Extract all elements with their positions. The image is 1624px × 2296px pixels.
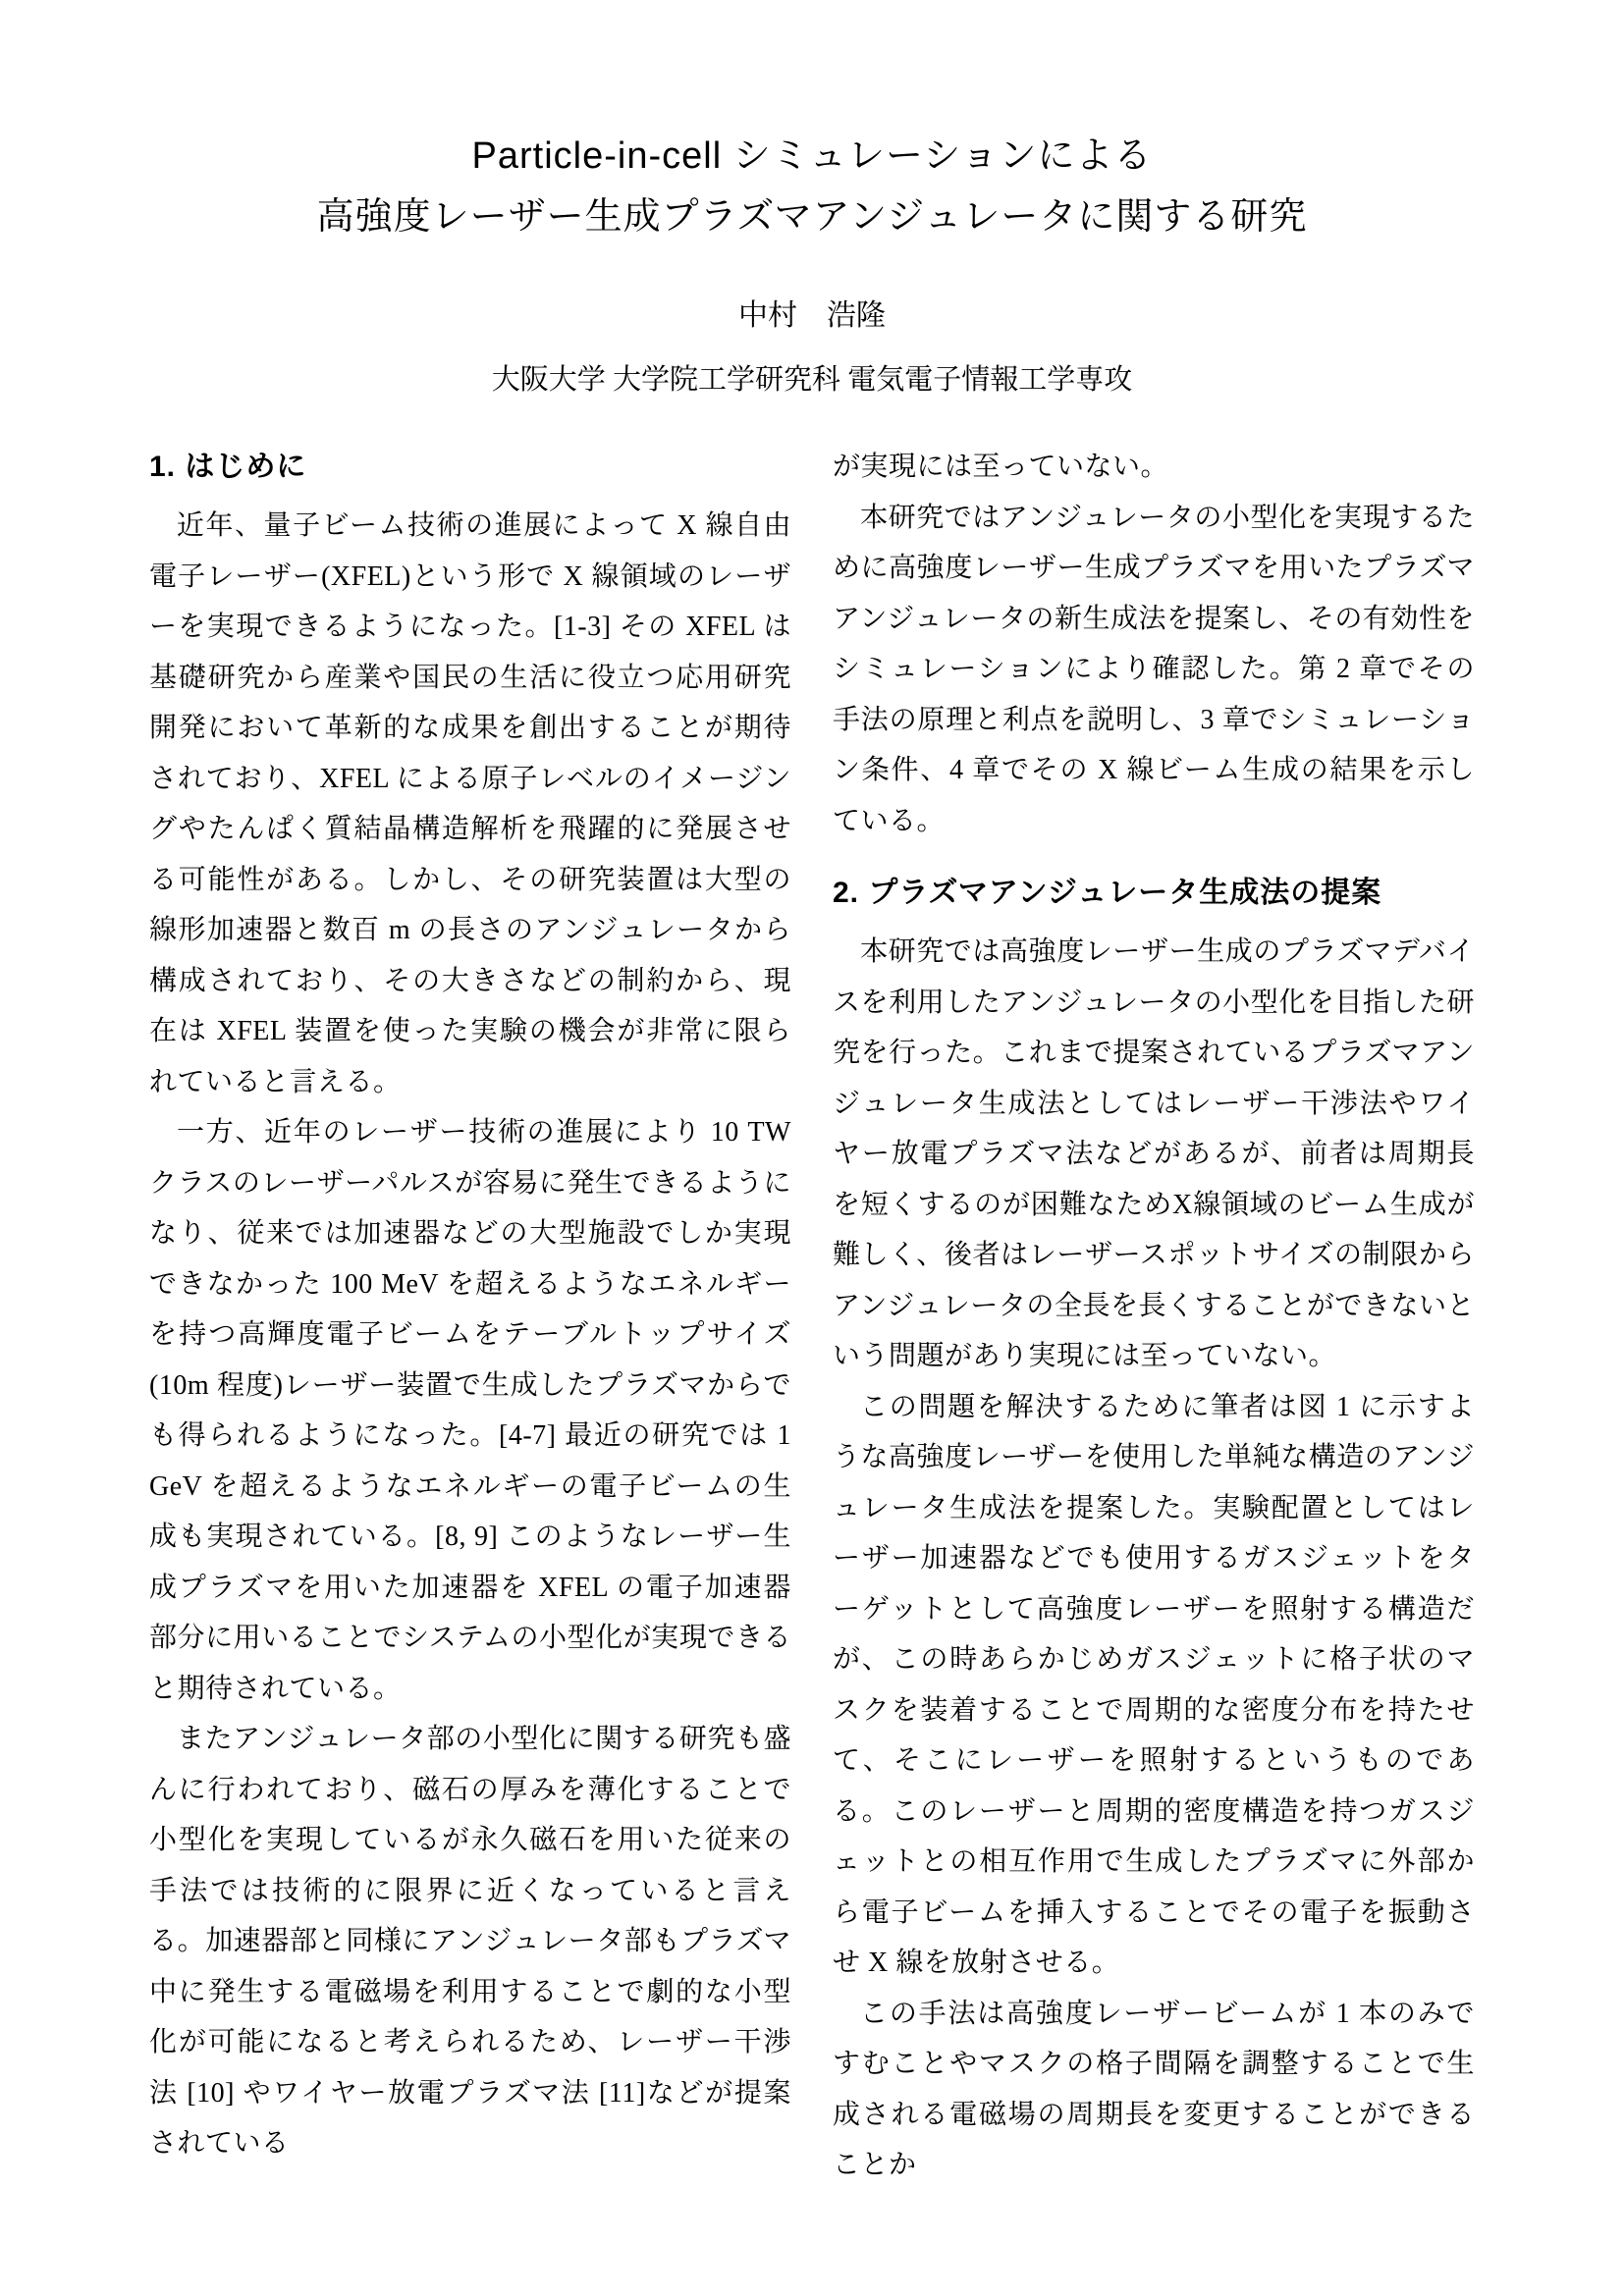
section-1-paragraph-3-start: またアンジュレータ部の小型化に関する研究も盛んに行われており、磁石の厚みを薄化す… xyxy=(149,1714,791,2169)
right-column: が実現には至っていない。 本研究ではアンジュレータの小型化を実現するために高強度… xyxy=(833,442,1475,2191)
section-1-paragraph-4: 本研究ではアンジュレータの小型化を実現するために高強度レーザー生成プラズマを用い… xyxy=(833,493,1475,847)
author-affiliation: 大阪大学 大学院工学研究科 電気電子情報工学専攻 xyxy=(149,363,1475,397)
section-1-paragraph-3-continuation: が実現には至っていない。 xyxy=(833,442,1475,493)
paper-title-line-2: 高強度レーザー生成プラズマアンジュレータに関する研究 xyxy=(149,187,1475,247)
section-1-paragraph-2: 一方、近年のレーザー技術の進展により 10 TW クラスのレーザーパルスが容易に… xyxy=(149,1107,791,1714)
paper-title: Particle-in-cell シミュレーションによる 高強度レーザー生成プラ… xyxy=(149,0,1475,247)
left-column: 1. はじめに 近年、量子ビーム技術の進展によって X 線自由電子レーザー(XF… xyxy=(149,442,791,2191)
author-name: 中村 浩隆 xyxy=(149,298,1475,334)
paper-page: Particle-in-cell シミュレーションによる 高強度レーザー生成プラ… xyxy=(0,0,1624,2296)
section-2-paragraph-3-partial: この手法は高強度レーザービームが 1 本のみですむことやマスクの格子間隔を調整す… xyxy=(833,1989,1475,2191)
section-2-paragraph-2: この問題を解決するために筆者は図 1 に示すような高強度レーザーを使用した単純な… xyxy=(833,1382,1475,1989)
section-2-heading: 2. プラズマアンジュレータ生成法の提案 xyxy=(833,868,1475,919)
section-1-heading: 1. はじめに xyxy=(149,442,791,493)
section-1-paragraph-1: 近年、量子ビーム技術の進展によって X 線自由電子レーザー(XFEL)という形で… xyxy=(149,501,791,1107)
paper-title-line-1: Particle-in-cell シミュレーションによる xyxy=(149,126,1475,187)
two-column-body: 1. はじめに 近年、量子ビーム技術の進展によって X 線自由電子レーザー(XF… xyxy=(149,442,1475,2191)
section-2-paragraph-1: 本研究では高強度レーザー生成のプラズマデバイスを利用したアンジュレータの小型化を… xyxy=(833,927,1475,1382)
